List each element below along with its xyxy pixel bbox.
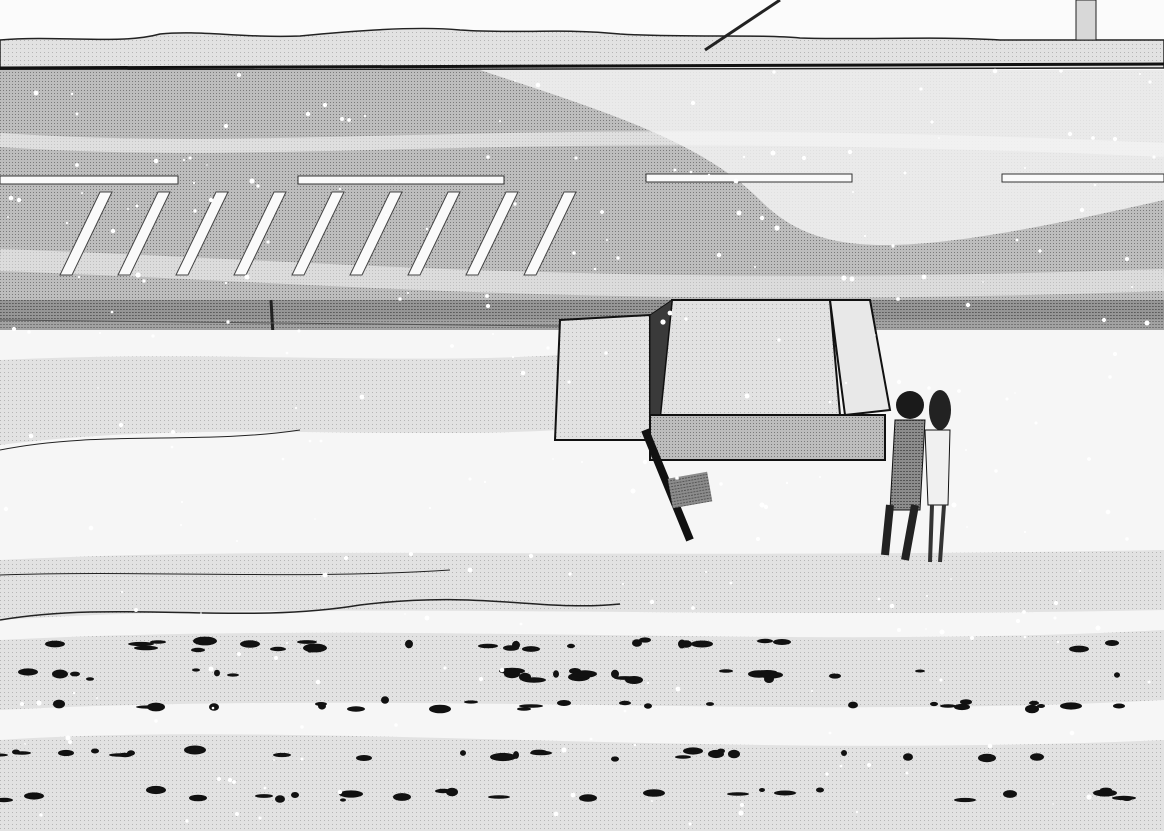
manga-panel xyxy=(0,0,1164,831)
road xyxy=(0,70,1164,330)
illustration xyxy=(0,0,1164,831)
distant-snowbank xyxy=(0,28,1164,70)
